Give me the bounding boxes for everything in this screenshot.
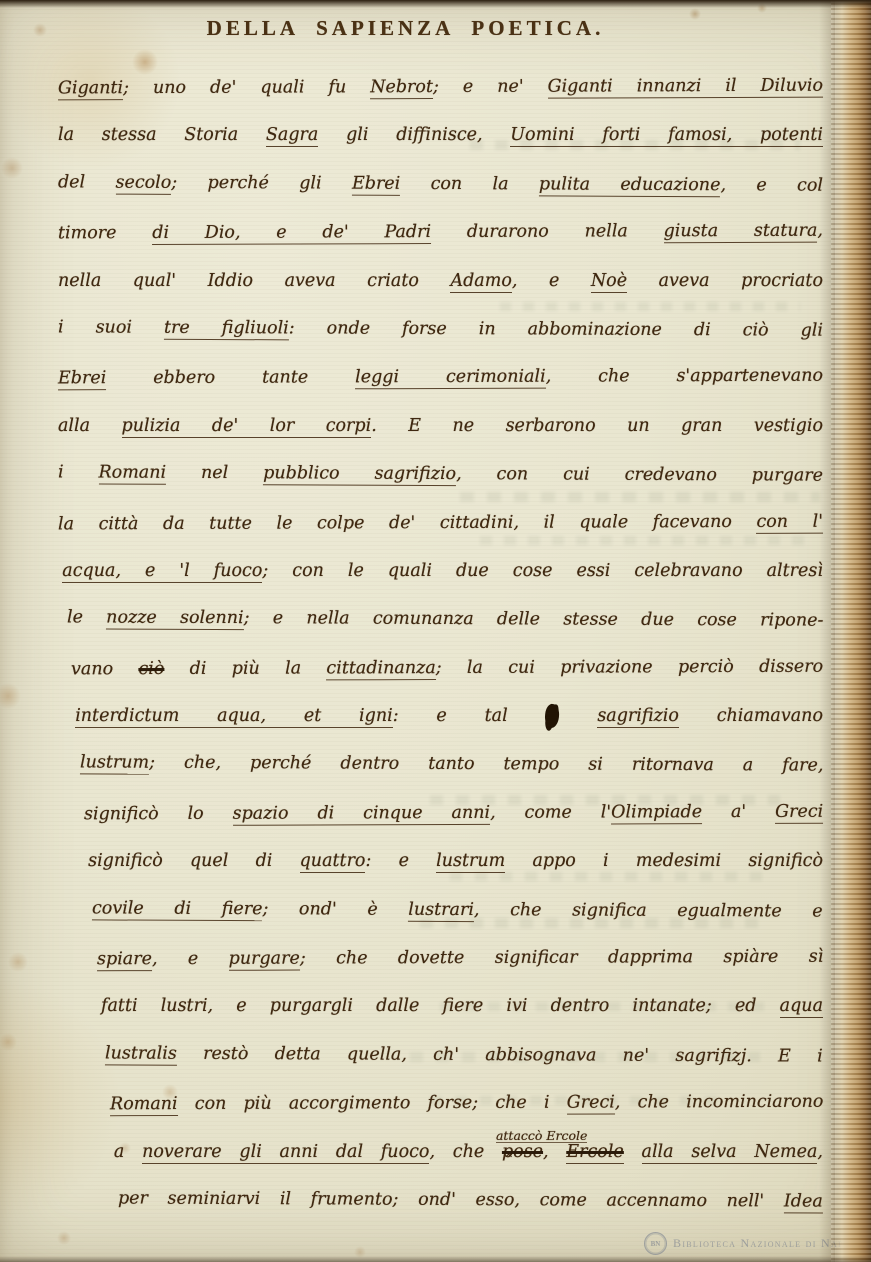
text-segment: , e <box>512 271 591 291</box>
text-segment: , che significa egualmente e <box>474 900 823 922</box>
manuscript-line: Romani con più accorgimento forse; che i… <box>110 1078 824 1129</box>
text-segment: aveva procriato <box>627 271 823 291</box>
text-segment: la stessa Storia <box>58 125 266 145</box>
inserted-text: attaccò Ercole <box>496 1130 587 1143</box>
library-monogram-icon: BN <box>644 1232 667 1255</box>
underlined-text: Sagra <box>266 125 318 147</box>
text-segment: , <box>543 1142 566 1162</box>
text-segment: i <box>58 462 99 482</box>
underlined-text: Giganti <box>58 78 123 100</box>
underlined-text: Greci <box>566 1093 614 1115</box>
text-segment: a <box>114 1142 142 1162</box>
text-segment: gli diffinisce, <box>318 125 510 145</box>
text-segment: , che <box>429 1142 501 1162</box>
manuscript-line: la città da tutte le colpe de' cittadini… <box>58 497 823 548</box>
underlined-text: noverare gli anni dal fuoco <box>142 1142 429 1164</box>
manuscript-line: lustralis restò detta quella, ch' abbiso… <box>105 1029 823 1081</box>
struck-underlined-text: Ercole <box>566 1142 623 1164</box>
text-segment: fatti lustri, e purgargli dalle fiere iv… <box>101 996 780 1016</box>
text-segment: ; e nella comunanza delle stesse due cos… <box>243 608 823 631</box>
manuscript-line: a noverare gli anni dal fuoco, che attac… <box>114 1128 823 1176</box>
manuscript-line: lustrum; che, perché dentro tanto tempo … <box>79 739 823 791</box>
manuscript-line: alla pulizia de' lor corpi. E ne serbaro… <box>58 402 823 450</box>
text-segment: , con cui credevano purgare <box>456 464 823 486</box>
underlined-text: quattro <box>300 851 366 873</box>
manuscript-line: i Romani nel pubblico sagrifizio, con cu… <box>58 448 823 500</box>
text-segment <box>559 706 597 726</box>
underlined-text: secolo <box>115 172 171 194</box>
text-segment: ; e ne' <box>433 77 548 97</box>
manuscript-line: spiare, e purgare; che dovette significa… <box>97 933 823 984</box>
underlined-text: di Dio, e de' Padri <box>152 222 431 245</box>
book-bottom-edge <box>0 1256 871 1262</box>
underlined-text: pubblico sagrifizio <box>263 463 456 486</box>
manuscript-line: covile di fiere; ond' è lustrari, che si… <box>92 884 823 936</box>
text-segment: nel <box>166 463 263 483</box>
underlined-text: tre figliuoli <box>164 318 289 341</box>
text-segment: nella qual' Iddio aveva criato <box>58 271 450 291</box>
manuscript-line: vano ciò di più la cittadinanza; la cui … <box>71 642 823 693</box>
underlined-text: alla selva Nemea <box>642 1142 818 1164</box>
text-segment: con la <box>400 174 539 195</box>
text-segment: ; che, perché dentro tanto tempo si rito… <box>149 753 823 776</box>
book-top-edge <box>0 0 871 8</box>
text-segment: : e <box>365 851 436 871</box>
text-segment: appo i medesimi significò <box>505 851 823 871</box>
manuscript-line: le nozze solenni; e nella comunanza dell… <box>66 594 823 646</box>
page-title: DELLA SAPIENZA POETICA. <box>0 16 811 41</box>
text-segment: con più accorgimento forse; che i <box>177 1093 566 1114</box>
text-segment: ; uno de' quali fu <box>123 77 370 98</box>
underlined-text: lustralis <box>105 1043 177 1065</box>
text-segment: per seminiarvi il frumento; ond' esso, c… <box>118 1188 784 1211</box>
manuscript-line: acqua, e 'l fuoco; con le quali due cose… <box>62 547 823 595</box>
manuscript-line: Giganti; uno de' quali fu Nebrot; e ne' … <box>58 62 823 113</box>
underlined-text: leggi cerimoniali <box>355 367 546 390</box>
underlined-text: purgare <box>228 949 299 971</box>
text-segment: . E ne serbarono un gran vestigio <box>371 416 823 436</box>
text-segment: ; perché gli <box>171 173 352 194</box>
underlined-text: Ebrei <box>352 173 400 195</box>
underlined-text: Noè <box>591 271 627 293</box>
text-segment: ; ond' è <box>263 899 409 920</box>
underlined-text: Idea <box>784 1191 823 1213</box>
book-fore-edge <box>831 0 871 1262</box>
underlined-text: aqua <box>780 996 823 1018</box>
text-segment: , e <box>152 949 229 969</box>
text-segment: significò lo <box>84 804 233 825</box>
underlined-text: spazio di cinque anni <box>232 803 490 826</box>
text-segment: , che s'appartenevano <box>546 366 823 387</box>
text-segment: restò detta quella, ch' abbisognava ne' … <box>177 1044 823 1067</box>
text-segment: timore <box>58 223 152 243</box>
underlined-text: pulizia de' lor corpi <box>122 416 372 438</box>
text-segment: : e tal <box>393 706 546 726</box>
text-segment: vano <box>71 659 138 679</box>
text-segment: durarono nella <box>431 221 664 242</box>
text-segment: ; la cui privazione perciò dissero <box>436 656 823 677</box>
text-segment: i suoi <box>58 317 164 337</box>
text-segment: la città da tutte le colpe de' cittadini… <box>58 511 757 533</box>
text-segment: , che incominciarono <box>614 1092 823 1113</box>
underlined-text: covile di fiere <box>92 898 263 921</box>
underlined-text: spiare <box>97 949 152 971</box>
text-segment: alla <box>58 416 122 436</box>
underlined-text: Ebrei <box>58 369 106 391</box>
underlined-text: Nebrot <box>370 77 433 99</box>
struck-text: ciò <box>138 659 164 679</box>
underlined-text: Romani <box>110 1094 178 1116</box>
underlined-text: Uomini forti famosi, potenti <box>510 125 823 147</box>
text-segment: del <box>58 172 116 192</box>
underlined-text: sagrifizio <box>597 706 679 728</box>
manuscript-line: la stessa Storia Sagra gli diffinisce, U… <box>58 111 823 159</box>
manuscript-line: i suoi tre figliuoli: onde forse in abbo… <box>58 303 823 355</box>
text-segment: , come l' <box>490 802 611 822</box>
underlined-text: lustrum <box>436 851 505 873</box>
manuscript-line: fatti lustri, e purgargli dalle fiere iv… <box>101 982 823 1030</box>
text-segment: le <box>67 608 106 628</box>
text-segment: chiamavano <box>679 706 823 726</box>
manuscript-line: per seminiarvi il frumento; ond' esso, c… <box>118 1174 823 1225</box>
text-segment <box>624 1142 642 1162</box>
underlined-text: Adamo <box>450 271 511 293</box>
underlined-text: lustrum <box>79 753 148 775</box>
manuscript-line: significò quel di quattro: e lustrum app… <box>88 837 823 885</box>
text-segment: ; con le quali due cose essi celebravano… <box>262 561 823 581</box>
text-segment: : onde forse in abbominazione di ciò gli <box>289 318 823 340</box>
underlined-text: giusta statura <box>664 221 818 244</box>
underlined-text: Giganti innanzi il Diluvio <box>548 76 823 99</box>
underlined-text: Greci <box>775 802 823 824</box>
underlined-text: acqua, e 'l fuoco <box>62 561 262 583</box>
manuscript-line: timore di Dio, e de' Padri durarono nell… <box>58 207 823 258</box>
manuscript-page: DELLA SAPIENZA POETICA. Giganti; uno de'… <box>0 0 871 1262</box>
underlined-text: pulita educazione <box>539 174 721 197</box>
underlined-text: nozze solenni <box>106 608 244 631</box>
manuscript-line: Ebrei ebbero tante leggi cerimoniali, ch… <box>58 352 823 403</box>
underlined-text: Romani <box>98 463 166 485</box>
manuscript-line: del secolo; perché gli Ebrei con la puli… <box>58 158 823 210</box>
text-segment: ebbero tante <box>106 368 355 389</box>
underlined-text: lustrari <box>409 899 475 921</box>
manuscript-line: significò lo spazio di cinque anni, come… <box>84 788 823 839</box>
text-segment: di più la <box>164 658 326 679</box>
text-segment: a' <box>702 802 775 822</box>
text-segment: ; che dovette significar dapprima spiàre… <box>299 947 823 969</box>
text-segment: , e col <box>720 175 823 195</box>
manuscript-line: nella qual' Iddio aveva criato Adamo, e … <box>58 257 823 305</box>
manuscript-line: interdictum aqua, et igni: e tal sagrifi… <box>75 692 823 740</box>
underlined-text: Olimpiade <box>611 802 702 824</box>
underlined-text: con l' <box>756 511 823 533</box>
underlined-text: interdictum aqua, et igni <box>75 706 393 728</box>
manuscript-text-block: Giganti; uno de' quali fu Nebrot; e ne' … <box>58 63 823 1224</box>
text-segment: significò quel di <box>88 851 300 871</box>
underlined-text: cittadinanza <box>326 658 435 680</box>
